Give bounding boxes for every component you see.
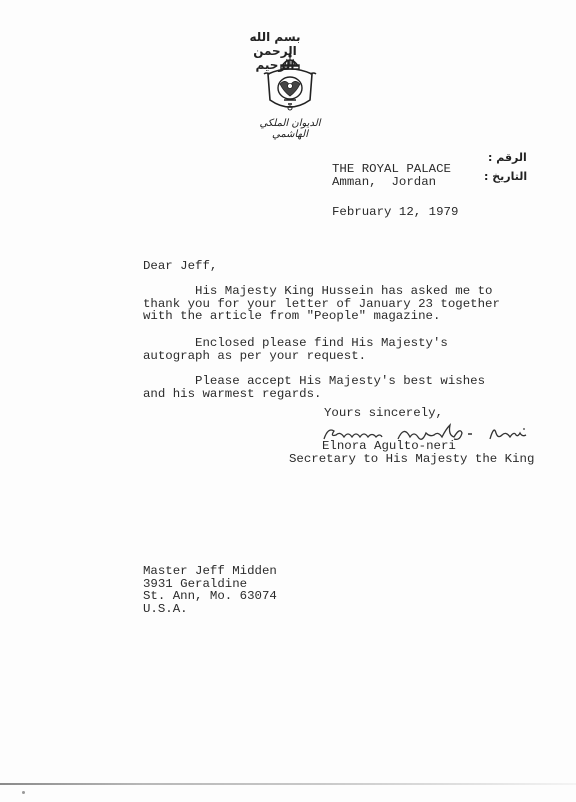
recipient-address: Master Jeff Midden 3931 Geraldine St. An… [143,565,277,615]
letter-page: بسم الله الرحمن الرحيم الديوان الملكي ال… [0,0,576,802]
page-edge-shadow [0,783,576,785]
sender-address: THE ROYAL PALACE Amman, Jordan [332,163,451,188]
signer-name: Elnora Agulto-neri [322,440,456,453]
crest-caption: الديوان الملكي الهاشمي [257,118,323,140]
paper-speck [22,791,25,794]
body-paragraph: Enclosed please find His Majesty's autog… [143,337,448,362]
letter-date: February 12, 1979 [332,206,458,219]
sender-address-line2: Amman, Jordan [332,175,436,189]
closing: Yours sincerely, [324,407,443,420]
signer-title: Secretary to His Majesty the King [289,453,534,466]
reference-number-label: الرقم : [488,151,527,164]
salutation: Dear Jeff, [143,260,217,273]
body-paragraph: Please accept His Majesty's best wishes … [143,375,485,400]
body-paragraph: His Majesty King Hussein has asked me to… [143,285,500,323]
royal-crest-icon [262,52,318,116]
date-label-arabic: التاريخ : [484,170,527,183]
